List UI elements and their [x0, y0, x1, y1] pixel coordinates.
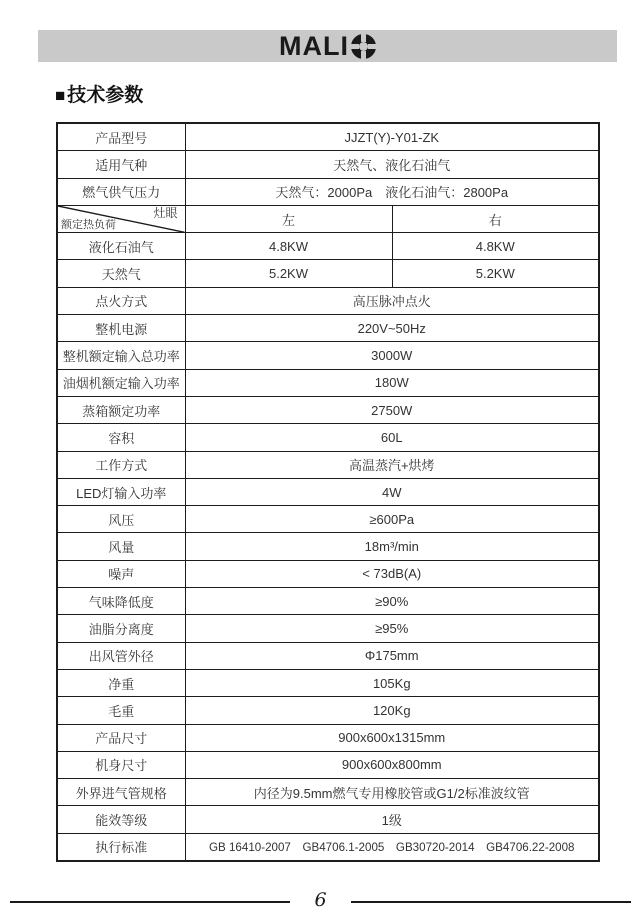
table-row: 噪声< 73dB(A) — [57, 560, 599, 587]
square-marker-icon: ■ — [55, 86, 65, 106]
table-row: 执行标准GB 16410-2007 GB4706.1-2005 GB30720-… — [57, 833, 599, 861]
table-row: 机身尺寸900x600x800mm — [57, 751, 599, 778]
param-value-cell: 900x600x1315mm — [185, 724, 599, 751]
param-value-cell: < 73dB(A) — [185, 560, 599, 587]
table-row: 油脂分离度≥95% — [57, 615, 599, 642]
diag-label-top-right: 灶眼 — [153, 207, 177, 220]
param-label-cell: LED灯输入功率 — [57, 478, 185, 505]
table-row: 产品尺寸900x600x1315mm — [57, 724, 599, 751]
table-row: 工作方式高温蒸汽+烘烤 — [57, 451, 599, 478]
param-value-cell: 4.8KW — [392, 233, 599, 260]
param-value-cell: 高压脉冲点火 — [185, 287, 599, 314]
segmented-ring-icon — [351, 34, 376, 59]
param-label-cell: 蒸箱额定功率 — [57, 396, 185, 423]
burner-column-header-cell: 左 — [185, 205, 392, 232]
param-value-cell: 120Kg — [185, 697, 599, 724]
param-label-cell: 净重 — [57, 669, 185, 696]
param-value-cell: ≥95% — [185, 615, 599, 642]
section-title: ■ 技术参数 — [55, 85, 143, 108]
param-value-cell: 180W — [185, 369, 599, 396]
table-row: 蒸箱额定功率2750W — [57, 396, 599, 423]
table-row: 灶眼额定热负荷左右 — [57, 205, 599, 232]
footer-rule-left — [10, 901, 290, 903]
param-value-cell: GB 16410-2007 GB4706.1-2005 GB30720-2014… — [185, 833, 599, 861]
param-value-cell: 1级 — [185, 806, 599, 833]
param-value-cell: 18m³/min — [185, 533, 599, 560]
param-label-cell: 气味降低度 — [57, 588, 185, 615]
param-value-cell: 4.8KW — [185, 233, 392, 260]
param-value-cell: 天然气、液化石油气 — [185, 151, 599, 178]
param-value-cell: JJZT(Y)-Y01-ZK — [185, 123, 599, 151]
param-label-cell: 毛重 — [57, 697, 185, 724]
param-label-cell: 外界进气管规格 — [57, 779, 185, 806]
param-label-cell: 整机额定输入总功率 — [57, 342, 185, 369]
param-label-cell: 产品尺寸 — [57, 724, 185, 751]
param-value-cell: 60L — [185, 424, 599, 451]
param-label-cell: 容积 — [57, 424, 185, 451]
burner-column-header-cell: 右 — [392, 205, 599, 232]
manual-page: MALI ■ 技术参数 产品型号JJZT(Y)-Y01-ZK适用气种天然气、液化… — [0, 0, 643, 919]
spec-table: 产品型号JJZT(Y)-Y01-ZK适用气种天然气、液化石油气燃气供气压力天然气… — [56, 122, 600, 862]
section-title-text: 技术参数 — [67, 85, 143, 108]
table-row: 毛重120Kg — [57, 697, 599, 724]
table-row: 燃气供气压力天然气：2000Pa 液化石油气：2800Pa — [57, 178, 599, 205]
param-value-cell: 220V~50Hz — [185, 315, 599, 342]
table-row: 气味降低度≥90% — [57, 588, 599, 615]
param-value-cell: ≥600Pa — [185, 506, 599, 533]
table-row: 风压≥600Pa — [57, 506, 599, 533]
table-row: 容积60L — [57, 424, 599, 451]
param-label-cell: 油脂分离度 — [57, 615, 185, 642]
param-value-cell: 105Kg — [185, 669, 599, 696]
param-value-cell: 天然气：2000Pa 液化石油气：2800Pa — [185, 178, 599, 205]
param-label-cell: 燃气供气压力 — [57, 178, 185, 205]
param-label-cell: 噪声 — [57, 560, 185, 587]
param-value-cell: Φ175mm — [185, 642, 599, 669]
table-row: 风量18m³/min — [57, 533, 599, 560]
brand-logo-text: MALI — [279, 33, 349, 60]
param-label-cell: 工作方式 — [57, 451, 185, 478]
brand-logo: MALI — [279, 33, 376, 60]
param-value-cell: 5.2KW — [185, 260, 392, 287]
spec-table-body: 产品型号JJZT(Y)-Y01-ZK适用气种天然气、液化石油气燃气供气压力天然气… — [57, 123, 599, 861]
table-row: 能效等级1级 — [57, 806, 599, 833]
table-row: LED灯输入功率4W — [57, 478, 599, 505]
param-label-cell: 产品型号 — [57, 123, 185, 151]
table-row: 液化石油气4.8KW4.8KW — [57, 233, 599, 260]
param-label-cell: 点火方式 — [57, 287, 185, 314]
param-label-cell: 油烟机额定输入功率 — [57, 369, 185, 396]
page-number: 6 — [314, 889, 326, 911]
param-value-cell: 高温蒸汽+烘烤 — [185, 451, 599, 478]
param-value-cell: 3000W — [185, 342, 599, 369]
param-label-cell: 风压 — [57, 506, 185, 533]
table-row: 油烟机额定输入功率180W — [57, 369, 599, 396]
table-row: 天然气5.2KW5.2KW — [57, 260, 599, 287]
param-value-cell: 900x600x800mm — [185, 751, 599, 778]
param-value-cell: 2750W — [185, 396, 599, 423]
footer-rule-right — [351, 901, 631, 903]
param-value-cell: 内径为9.5mm燃气专用橡胶管或G1/2标准波纹管 — [185, 779, 599, 806]
table-row: 适用气种天然气、液化石油气 — [57, 151, 599, 178]
param-value-cell: 5.2KW — [392, 260, 599, 287]
param-label-cell: 能效等级 — [57, 806, 185, 833]
table-row: 点火方式高压脉冲点火 — [57, 287, 599, 314]
param-label-cell: 机身尺寸 — [57, 751, 185, 778]
param-label-cell: 适用气种 — [57, 151, 185, 178]
param-label-cell: 执行标准 — [57, 833, 185, 861]
param-value-cell: ≥90% — [185, 588, 599, 615]
table-row: 整机电源220V~50Hz — [57, 315, 599, 342]
brand-header-bar: MALI — [38, 30, 617, 62]
param-label-cell: 整机电源 — [57, 315, 185, 342]
table-row: 出风管外径Φ175mm — [57, 642, 599, 669]
diag-label-bottom-left: 额定热负荷 — [61, 219, 116, 231]
param-label-cell: 出风管外径 — [57, 642, 185, 669]
diagonal-header-cell: 灶眼额定热负荷 — [57, 205, 185, 232]
param-label-cell: 天然气 — [57, 260, 185, 287]
table-row: 整机额定输入总功率3000W — [57, 342, 599, 369]
table-row: 净重105Kg — [57, 669, 599, 696]
param-value-cell: 4W — [185, 478, 599, 505]
param-label-cell: 液化石油气 — [57, 233, 185, 260]
table-row: 外界进气管规格内径为9.5mm燃气专用橡胶管或G1/2标准波纹管 — [57, 779, 599, 806]
table-row: 产品型号JJZT(Y)-Y01-ZK — [57, 123, 599, 151]
param-label-cell: 风量 — [57, 533, 185, 560]
page-footer: 6 — [10, 888, 631, 916]
